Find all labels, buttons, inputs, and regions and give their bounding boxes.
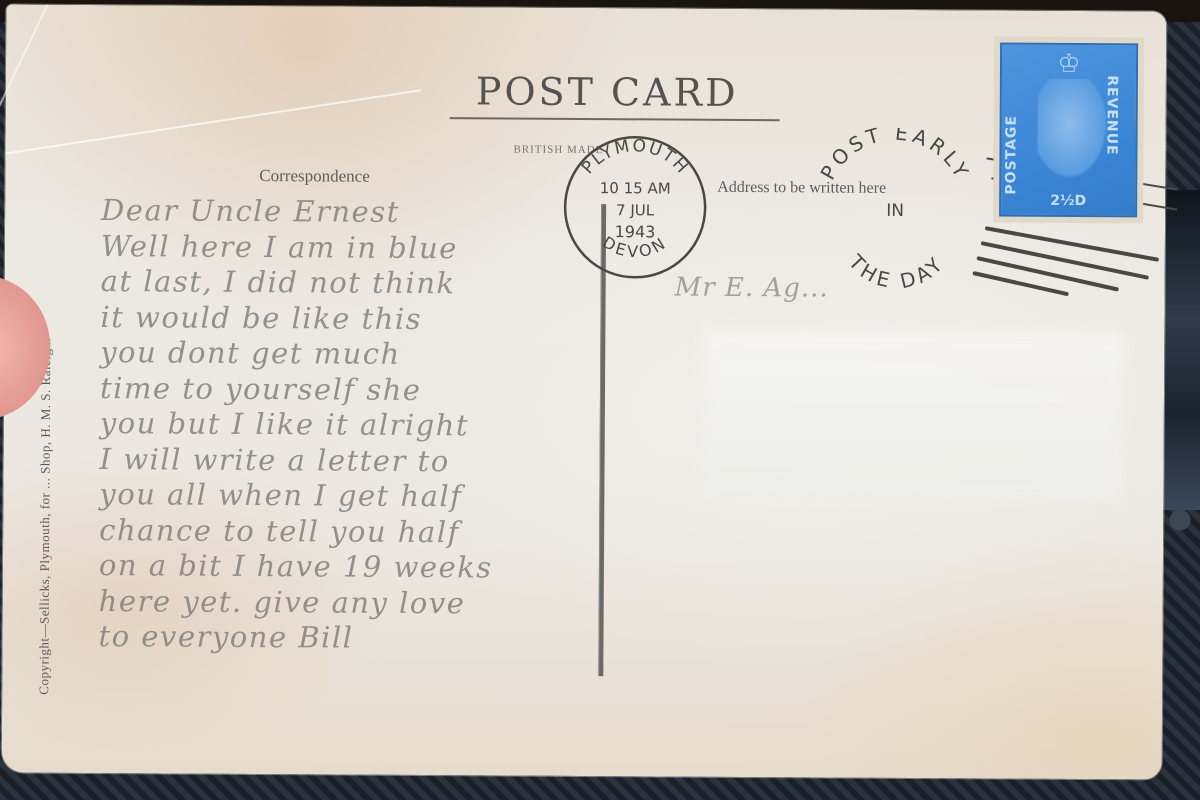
svg-text:7 JUL: 7 JUL	[616, 201, 655, 219]
king-portrait-icon	[1037, 79, 1108, 179]
publisher-credit: Copyright—Sellicks, Plymouth, for ... Sh…	[36, 338, 54, 695]
postage-stamp: ♔ POSTAGE REVENUE 2½D	[993, 36, 1144, 223]
message-line: to everyone Bill	[98, 619, 698, 658]
svg-text:10 15 AM: 10 15 AM	[600, 179, 671, 197]
card-crease	[0, 4, 48, 168]
postcard: POST CARD BRITISH MADE Correspondence Ad…	[2, 4, 1167, 779]
message-line: time to yourself she	[100, 371, 700, 410]
message-line: you but I like it alright	[100, 406, 700, 445]
blurred-address	[703, 329, 1124, 502]
correspondence-label: Correspondence	[259, 166, 370, 187]
stamp-value: 2½D	[1001, 193, 1135, 210]
card-crease	[5, 89, 421, 154]
message-line: on a bit I have 19 weeks	[99, 548, 699, 587]
message-line: chance to tell you half	[99, 513, 699, 552]
svg-text:PLYMOUTH: PLYMOUTH	[578, 136, 693, 179]
message-line: you dont get much	[100, 335, 700, 374]
stamp-postage-text: POSTAGE	[1003, 115, 1019, 195]
stamp-face: ♔ POSTAGE REVENUE 2½D	[999, 43, 1138, 218]
message-line: it would be like this	[100, 300, 700, 339]
svg-text:POST EARLY: POST EARLY	[817, 127, 976, 184]
svg-text:IN: IN	[886, 201, 904, 221]
crown-icon: ♔	[1057, 49, 1080, 79]
postcard-title: POST CARD	[476, 69, 739, 115]
message-line: here yet. give any love	[99, 584, 699, 623]
svg-text:THE DAY: THE DAY	[843, 249, 950, 293]
svg-text:1943: 1943	[615, 222, 656, 241]
postmark-icon: PLYMOUTH DEVON 10 15 AM 7 JUL 1943	[561, 133, 710, 282]
title-rule	[450, 117, 780, 121]
message-line: I will write a letter to	[99, 442, 699, 481]
message-line: you all when I get half	[99, 477, 699, 516]
